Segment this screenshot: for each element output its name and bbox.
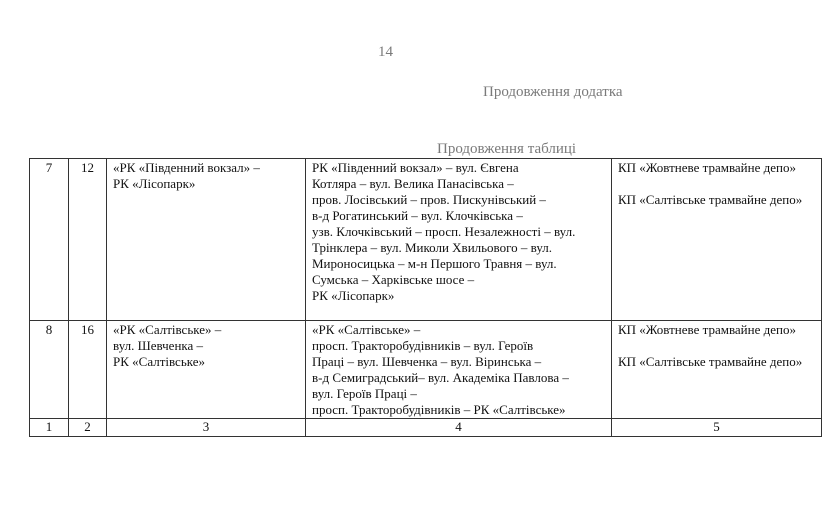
path-line: просп. Тракторобудівників – вул. Героїв [312,338,605,354]
table-continuation-label: Продовження таблиці [437,141,576,158]
path-line: пров. Лосівський – пров. Пискунівський – [312,192,605,208]
path-line: Трінклера – вул. Миколи Хвильового – вул… [312,240,605,256]
column-number-cell: 5 [612,419,822,437]
path-line: Мироносицька – м-н Першого Травня – вул. [312,256,605,272]
path-line: в-д Рогатинський – вул. Клочківська – [312,208,605,224]
path-line: РК «Лісопарк» [312,288,605,304]
path-line: узв. Клочківський – просп. Незалежності … [312,224,605,240]
depots-cell: КП «Жовтневе трамвайне депо» КП «Салтівс… [612,159,822,321]
route-number-cell: 12 [69,159,107,321]
depot-item: КП «Жовтневе трамвайне депо» [618,160,815,176]
page-number: 14 [378,44,393,61]
depot-item: КП «Жовтневе трамвайне депо» [618,322,815,338]
depot-item: КП «Салтівське трамвайне депо» [618,354,815,370]
routes-table: 7 12 «РК «Південний вокзал» – РК «Лісопа… [29,158,822,437]
depots-cell: КП «Жовтневе трамвайне депо» КП «Салтівс… [612,321,822,419]
route-endpoints-cell: «РК «Південний вокзал» – РК «Лісопарк» [107,159,306,321]
path-line: вул. Героїв Праці – [312,386,605,402]
route-path-cell: РК «Південний вокзал» – вул. Євгена Котл… [306,159,612,321]
path-line: РК «Південний вокзал» – вул. Євгена [312,160,605,176]
column-number-cell: 2 [69,419,107,437]
table-row: 7 12 «РК «Південний вокзал» – РК «Лісопа… [30,159,822,321]
row-number-cell: 8 [30,321,69,419]
path-line: Сумська – Харківське шосе – [312,272,605,288]
column-number-cell: 4 [306,419,612,437]
path-line: Котляра – вул. Велика Панасівська – [312,176,605,192]
route-number-cell: 16 [69,321,107,419]
column-numbers-row: 1 2 3 4 5 [30,419,822,437]
path-line: «РК «Салтівське» – [312,322,605,338]
path-line: просп. Тракторобудівників – РК «Салтівсь… [312,402,605,418]
appendix-continuation-label: Продовження додатка [483,84,623,101]
route-endpoints-cell: «РК «Салтівське» – вул. Шевченка – РК «С… [107,321,306,419]
route-path-cell: «РК «Салтівське» – просп. Тракторобудівн… [306,321,612,419]
depot-item: КП «Салтівське трамвайне депо» [618,192,815,208]
path-line: в-д Семиградський– вул. Академіка Павлов… [312,370,605,386]
table-row: 8 16 «РК «Салтівське» – вул. Шевченка – … [30,321,822,419]
path-line: Праці – вул. Шевченка – вул. Віринська – [312,354,605,370]
column-number-cell: 3 [107,419,306,437]
endpoint-line: РК «Лісопарк» [113,176,299,192]
endpoint-line: РК «Салтівське» [113,354,299,370]
column-number-cell: 1 [30,419,69,437]
endpoint-line: вул. Шевченка – [113,338,299,354]
endpoint-line: «РК «Салтівське» – [113,322,299,338]
row-number-cell: 7 [30,159,69,321]
endpoint-line: «РК «Південний вокзал» – [113,160,299,176]
